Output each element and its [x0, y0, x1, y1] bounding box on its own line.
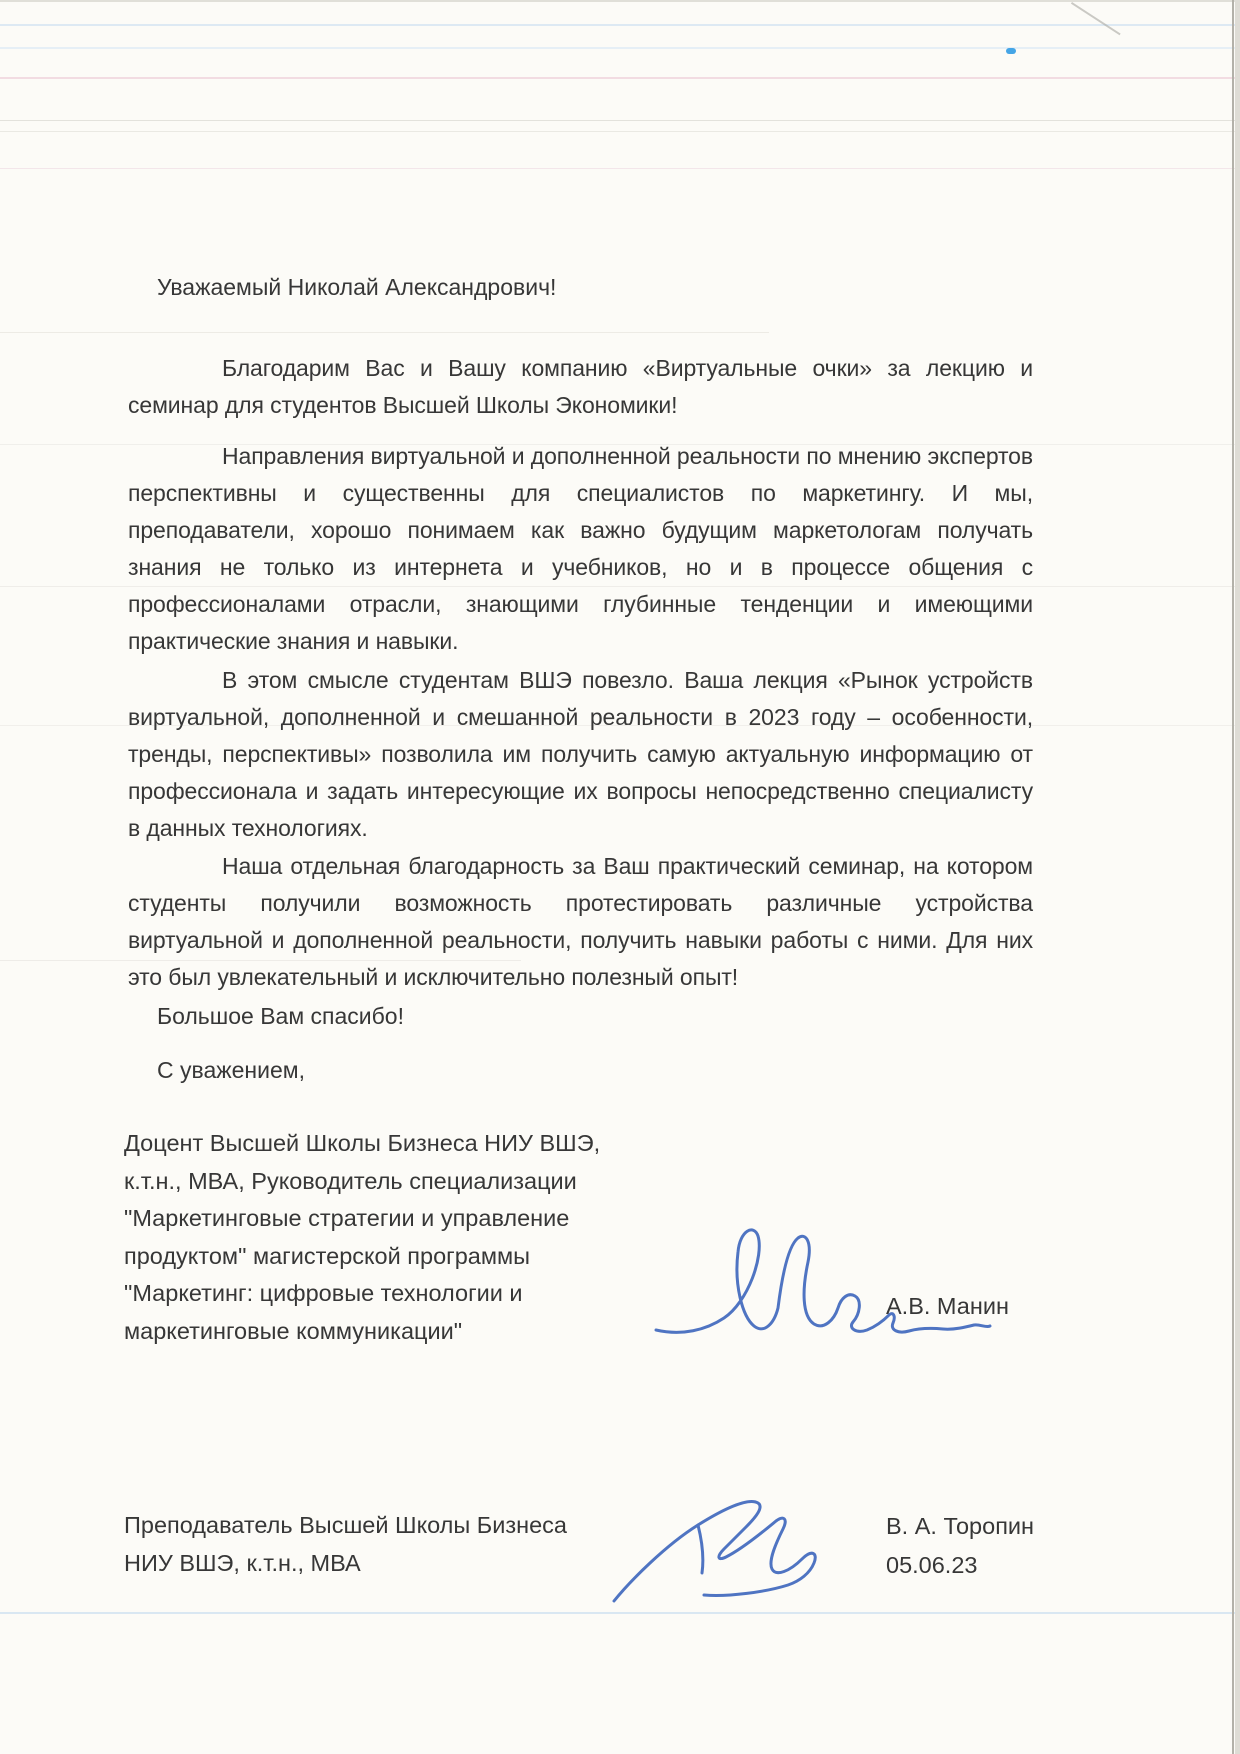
closing-line: С уважением,	[157, 1052, 305, 1089]
scan-artifact-page-margin	[1235, 0, 1240, 1754]
signatory-1-title-block: Доцент Высшей Школы Бизнеса НИУ ВШЭ, к.т…	[124, 1125, 600, 1350]
signature-toropin-ink	[606, 1489, 824, 1615]
signatory-2-name: В. А. Торопин	[886, 1507, 1034, 1546]
signatory-2-title-line: Преподаватель Высшей Школы Бизнеса	[124, 1507, 567, 1545]
scan-artifact-line	[0, 168, 1240, 169]
scan-artifact-page-edge	[1232, 0, 1234, 1754]
scan-artifact-line	[0, 131, 1240, 132]
paragraph-lecture: В этом смысле студентам ВШЭ повезло. Ваш…	[128, 662, 1033, 847]
signatory-1-title-line: продуктом" магистерской программы	[124, 1238, 600, 1276]
scan-artifact-corner-fold	[1071, 2, 1121, 35]
scan-artifact-line	[0, 47, 1240, 49]
signatory-1-title-line: к.т.н., МВА, Руководитель специализации	[124, 1163, 600, 1201]
signatory-2-date: 05.06.23	[886, 1546, 1034, 1585]
paragraph-seminar: Наша отдельная благодарность за Ваш прак…	[128, 848, 1033, 996]
scan-artifact-line	[0, 332, 769, 333]
signatory-2-title-block: Преподаватель Высшей Школы Бизнеса НИУ В…	[124, 1507, 567, 1582]
greeting-line: Уважаемый Николай Александрович!	[157, 269, 556, 306]
scan-artifact-line	[0, 24, 1240, 26]
scan-artifact-ink-speck	[1006, 48, 1016, 54]
scanned-letter-page: Уважаемый Николай Александрович! Благода…	[0, 0, 1240, 1754]
paragraph-vr-importance: Направления виртуальной и дополненной ре…	[128, 438, 1033, 660]
signatory-2-name-block: В. А. Торопин 05.06.23	[886, 1507, 1034, 1585]
scan-artifact-line	[0, 77, 1240, 79]
thanks-line: Большое Вам спасибо!	[157, 998, 404, 1035]
signatory-1-title-line: "Маркетинговые стратегии и управление	[124, 1200, 600, 1238]
scan-artifact-line	[0, 120, 1240, 121]
signatory-2-title-line: НИУ ВШЭ, к.т.н., МВА	[124, 1545, 567, 1583]
signatory-1-name: А.В. Манин	[886, 1287, 1009, 1326]
scan-artifact-top-edge	[0, 0, 1240, 2]
signatory-1-title-line: Доцент Высшей Школы Бизнеса НИУ ВШЭ,	[124, 1125, 600, 1163]
paragraph-gratitude: Благодарим Вас и Вашу компанию «Виртуаль…	[128, 350, 1033, 424]
signatory-1-title-line: "Маркетинг: цифровые технологии и	[124, 1275, 600, 1313]
signatory-1-title-line: маркетинговые коммуникации"	[124, 1313, 600, 1351]
